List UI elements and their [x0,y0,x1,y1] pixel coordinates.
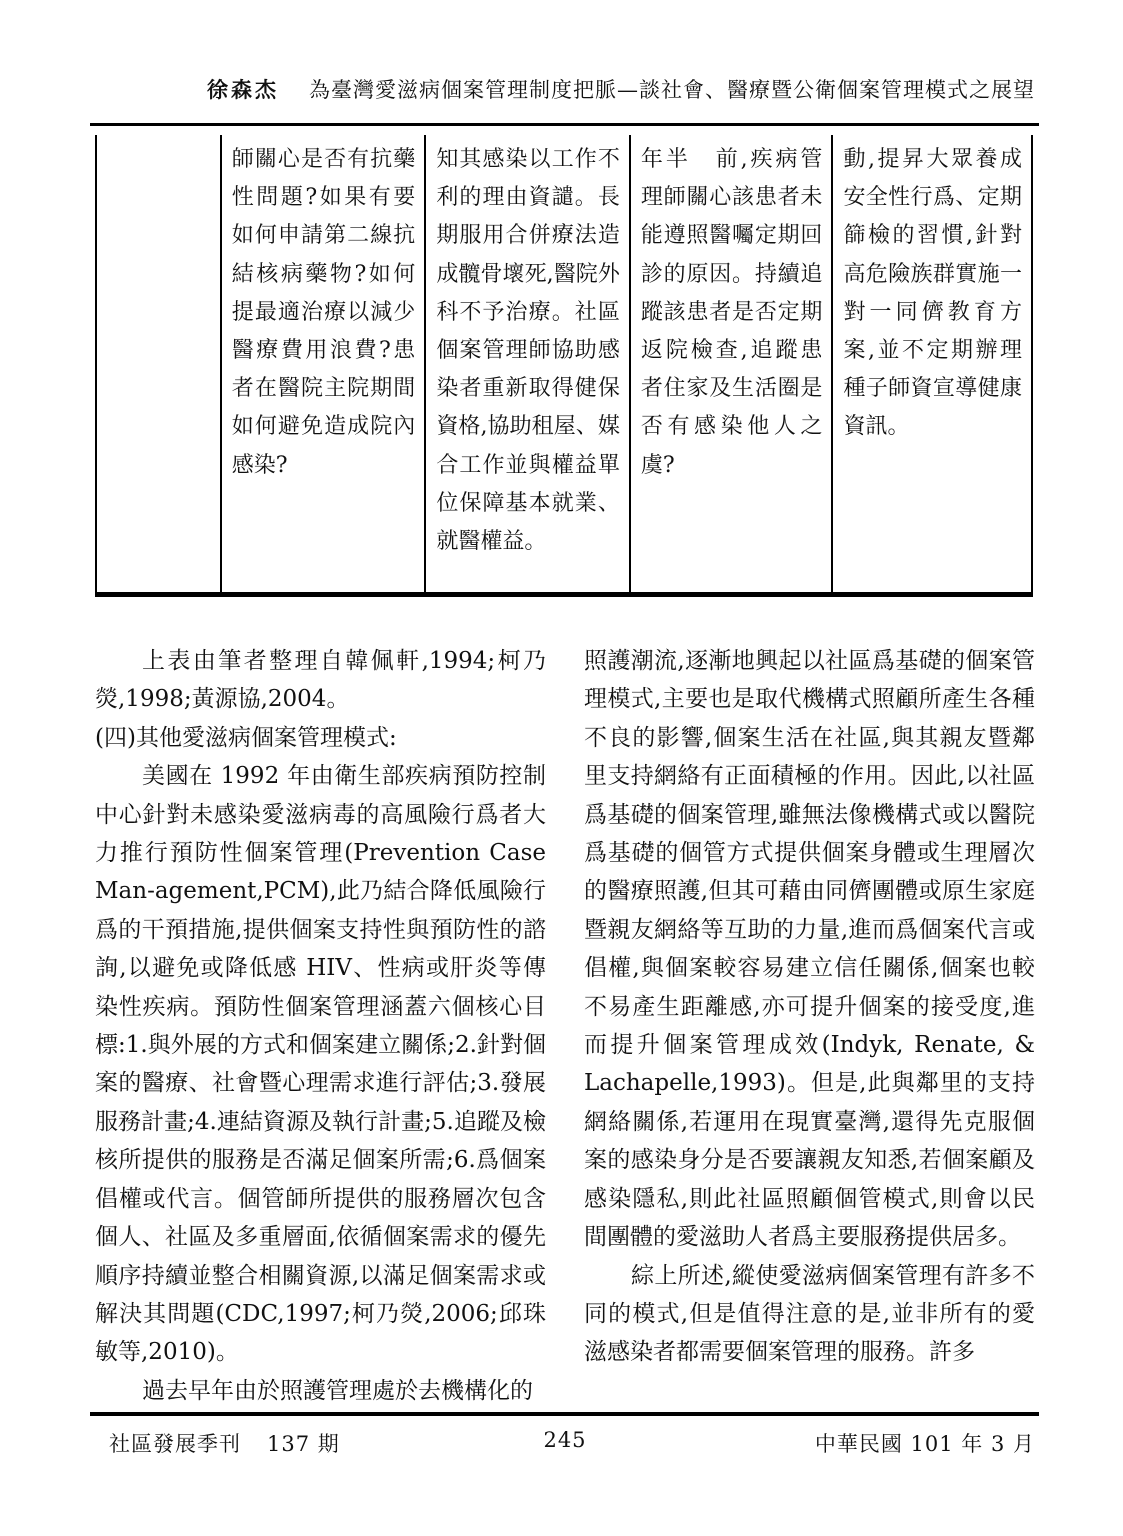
footer-rule [90,1412,1039,1416]
table-cell-row-label-empty [97,135,222,592]
body-left-column: 上表由筆者整理自韓佩軒,1994;柯乃熒,1998;黃源協,2004。 (四)其… [95,642,546,1410]
journal-page: 徐森杰為臺灣愛滋病個案管理制度把脈—談社會、醫療暨公衛個案管理模式之展望 師關心… [0,0,1123,1536]
body-right-column: 照護潮流,逐漸地興起以社區爲基礎的個案管理模式,主要也是取代機構式照顧所產生各種… [584,642,1035,1410]
table-cell-health-promotion: 動,提昇大眾養成安全性行爲、定期篩檢的習慣,針對高危險族群實施一對一同儕教育方案… [833,135,1033,592]
paragraph-prevention-case-management: 美國在 1992 年由衛生部疾病預防控制中心針對未感染愛滋病毒的高風險行爲者大力… [95,757,546,1372]
paragraph-table-source: 上表由筆者整理自韓佩軒,1994;柯乃熒,1998;黃源協,2004。 [95,642,546,719]
article-title: 為臺灣愛滋病個案管理制度把脈—談社會、醫療暨公衛個案管理模式之展望 [309,78,1035,102]
paragraph-conclusion-start: 綜上所述,縱使愛滋病個案管理有許多不同的模式,但是值得注意的是,並非所有的愛滋感… [584,1257,1035,1372]
publication-date: 中華民國 101 年 3 月 [815,1428,1035,1458]
table-cell-public-health-case-management: 年半 前,疾病管理師關心該患者未能遵照醫囑定期回診的原因。持續追蹤該患者是否定期… [631,135,834,592]
body-columns: 上表由筆者整理自韓佩軒,1994;柯乃熒,1998;黃源協,2004。 (四)其… [95,642,1035,1410]
paragraph-community-based-model: 照護潮流,逐漸地興起以社區爲基礎的個案管理模式,主要也是取代機構式照顧所產生各種… [584,642,1035,1257]
table-cell-community-case-management: 知其感染以工作不利的理由資譴。長期服用合併療法造成髖骨壞死,醫院外科不予治療。社… [426,135,631,592]
page-footer: 社區發展季刊137 期 245 中華民國 101 年 3 月 [95,1428,1035,1458]
case-management-comparison-table: 師關心是否有抗藥性問題?如果有要如何申請第二線抗結核病藥物?如何提最適治療以減少… [95,135,1033,597]
table-cell-medical-case-management: 師關心是否有抗藥性問題?如果有要如何申請第二線抗結核病藥物?如何提最適治療以減少… [222,135,427,592]
header-rule [90,123,1039,128]
author-name: 徐森杰 [207,77,279,102]
paragraph-section-heading-other-models: (四)其他愛滋病個案管理模式: [95,719,546,757]
page-header: 徐森杰為臺灣愛滋病個案管理制度把脈—談社會、醫療暨公衛個案管理模式之展望 [95,74,1035,104]
paragraph-deinstitutionalization-start: 過去早年由於照護管理處於去機構化的 [95,1372,546,1410]
